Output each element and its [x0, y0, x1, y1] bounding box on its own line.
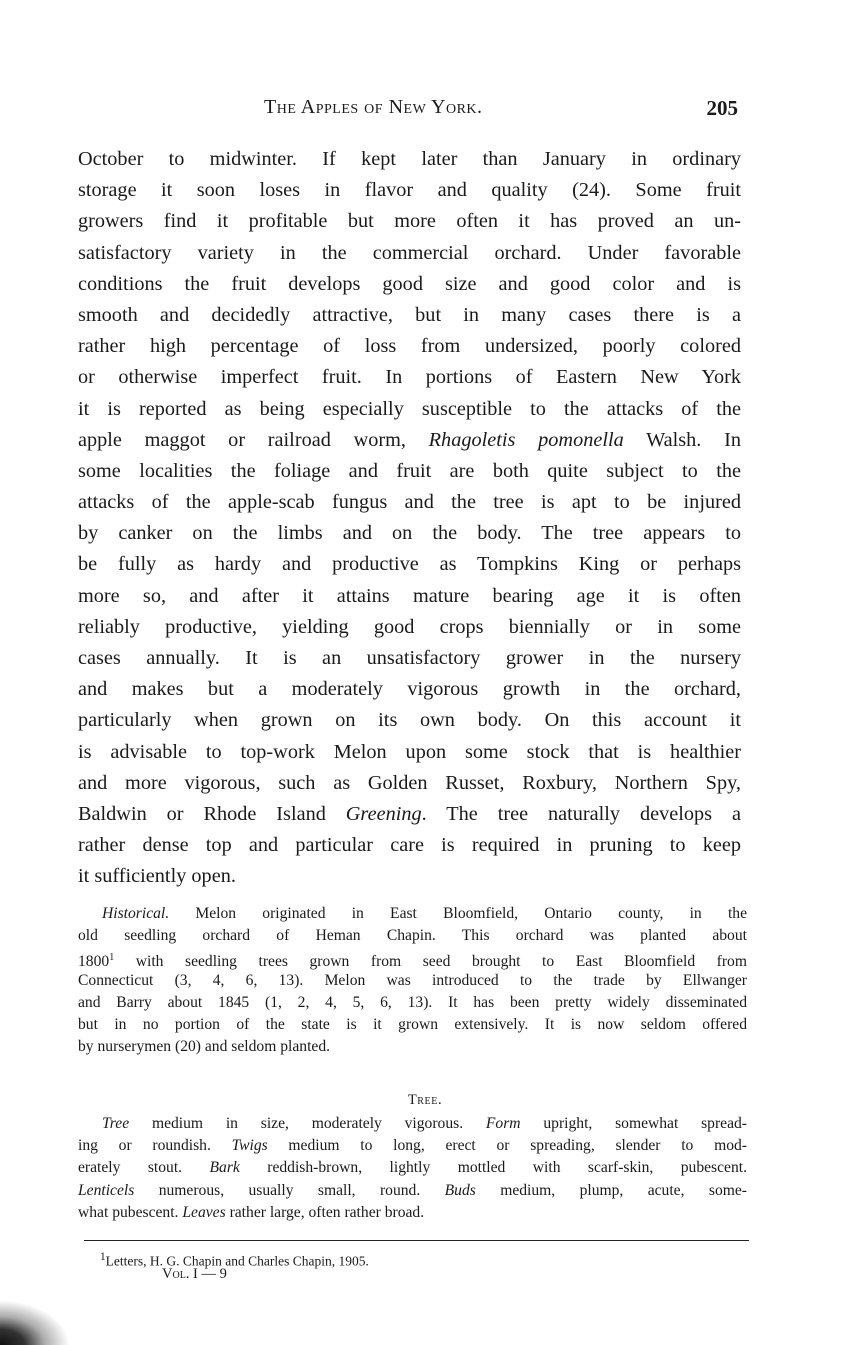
- text-line: and makes but a moderately vigorous grow…: [78, 674, 741, 705]
- text-line: it is reported as being especially susce…: [78, 394, 741, 425]
- running-title: The Apples of New York.: [264, 96, 483, 119]
- page-number: 205: [707, 96, 739, 121]
- text-segment: erately stout.: [78, 1159, 210, 1176]
- tree-description-paragraph: Tree medium in size, moderately vigorous…: [78, 1113, 747, 1224]
- text-line: cases annually. It is an unsatisfactory …: [78, 643, 741, 674]
- text-line: what pubescent. Leaves rather large, oft…: [78, 1202, 747, 1224]
- text-segment: apple maggot or railroad worm,: [78, 429, 429, 451]
- footnote: 1Letters, H. G. Chapin and Charles Chapi…: [100, 1249, 369, 1270]
- text-segment: . The tree naturally develops a: [422, 803, 741, 825]
- text-segment: medium in size, moderately vigorous.: [129, 1115, 486, 1132]
- text-segment: numerous, usually small, round.: [134, 1182, 444, 1199]
- text-segment: rather large, often rather broad.: [226, 1204, 424, 1221]
- text-line: rather high percentage of loss from unde…: [78, 331, 741, 362]
- italic-term: Bark: [210, 1159, 240, 1176]
- text-line: or otherwise imperfect fruit. In portion…: [78, 362, 741, 393]
- text-line: old seedling orchard of Heman Chapin. Th…: [78, 925, 747, 947]
- page-header: The Apples of New York. 205: [78, 96, 738, 130]
- historical-paragraph: Historical. Melon originated in East Blo…: [78, 903, 747, 1058]
- text-segment: medium, plump, acute, some-: [476, 1182, 747, 1199]
- historical-label: Historical.: [102, 905, 169, 922]
- footnote-text: Letters, H. G. Chapin and Charles Chapin…: [106, 1254, 369, 1269]
- text-line: Baldwin or Rhode Island Greening. The tr…: [78, 799, 741, 830]
- text-line: apple maggot or railroad worm, Rhagoleti…: [78, 425, 741, 456]
- text-line: satisfactory variety in the commercial o…: [78, 238, 741, 269]
- signature-volume: Vol. I: [162, 1266, 198, 1282]
- text-line: Connecticut (3, 4, 6, 13). Melon was int…: [78, 970, 747, 992]
- text-line: Tree medium in size, moderately vigorous…: [78, 1113, 747, 1135]
- italic-term: Buds: [445, 1182, 476, 1199]
- text-line: by canker on the limbs and on the body. …: [78, 518, 741, 549]
- text-line: smooth and decidedly attractive, but in …: [78, 300, 741, 331]
- text-line: rather dense top and particular care is …: [78, 830, 741, 861]
- italic-term: Tree: [102, 1115, 129, 1132]
- italic-term: Leaves: [182, 1204, 225, 1221]
- text-line: and Barry about 1845 (1, 2, 4, 5, 6, 13)…: [78, 992, 747, 1014]
- text-segment: what pubescent.: [78, 1204, 182, 1221]
- text-segment: upright, somewhat spread-: [521, 1115, 747, 1132]
- section-title-tree: Tree.: [0, 1092, 850, 1109]
- italic-term: Lenticels: [78, 1182, 134, 1199]
- text-line: conditions the fruit develops good size …: [78, 269, 741, 300]
- text-line: Historical. Melon originated in East Blo…: [78, 903, 747, 925]
- main-paragraph: October to midwinter. If kept later than…: [78, 144, 741, 893]
- text-line: October to midwinter. If kept later than…: [78, 144, 741, 175]
- footnote-rule: [84, 1240, 749, 1241]
- text-line: but in no portion of the state is it gro…: [78, 1014, 747, 1036]
- text-line: reliably productive, yielding good crops…: [78, 612, 741, 643]
- text-segment: Baldwin or Rhode Island: [78, 803, 346, 825]
- text-line: and more vigorous, such as Golden Russet…: [78, 768, 741, 799]
- text-line: ing or roundish. Twigs medium to long, e…: [78, 1135, 747, 1157]
- italic-term: Rhagoletis pomonella: [429, 429, 624, 451]
- text-line: some localities the foliage and fruit ar…: [78, 456, 741, 487]
- italic-term: Twigs: [232, 1137, 268, 1154]
- text-line: erately stout. Bark reddish-brown, light…: [78, 1157, 747, 1179]
- text-line: attacks of the apple-scab fungus and the…: [78, 487, 741, 518]
- text-line: 18001 with seedling trees grown from see…: [78, 947, 747, 969]
- text-line: by nurserymen (20) and seldom planted.: [78, 1036, 747, 1058]
- text-segment: ing or roundish.: [78, 1137, 232, 1154]
- text-segment: reddish-brown, lightly mottled with scar…: [240, 1159, 747, 1176]
- signature-mark: Vol. I — 9: [162, 1266, 227, 1283]
- scan-artifact: [0, 1300, 70, 1345]
- italic-term: Greening: [346, 803, 422, 825]
- text-line: storage it soon loses in flavor and qual…: [78, 175, 741, 206]
- text-line: is advisable to top-work Melon upon some…: [78, 737, 741, 768]
- text-segment: medium to long, erect or spreading, slen…: [268, 1137, 747, 1154]
- signature-sheet: — 9: [198, 1266, 227, 1282]
- text-line: Lenticels numerous, usually small, round…: [78, 1180, 747, 1202]
- text-line: it sufficiently open.: [78, 861, 741, 892]
- text-segment: Walsh. In: [624, 429, 741, 451]
- text-line: growers find it profitable but more ofte…: [78, 206, 741, 237]
- text-line: more so, and after it attains mature bea…: [78, 581, 741, 612]
- italic-term: Form: [486, 1115, 521, 1132]
- text-line: particularly when grown on its own body.…: [78, 705, 741, 736]
- text-line: be fully as hardy and productive as Tomp…: [78, 549, 741, 580]
